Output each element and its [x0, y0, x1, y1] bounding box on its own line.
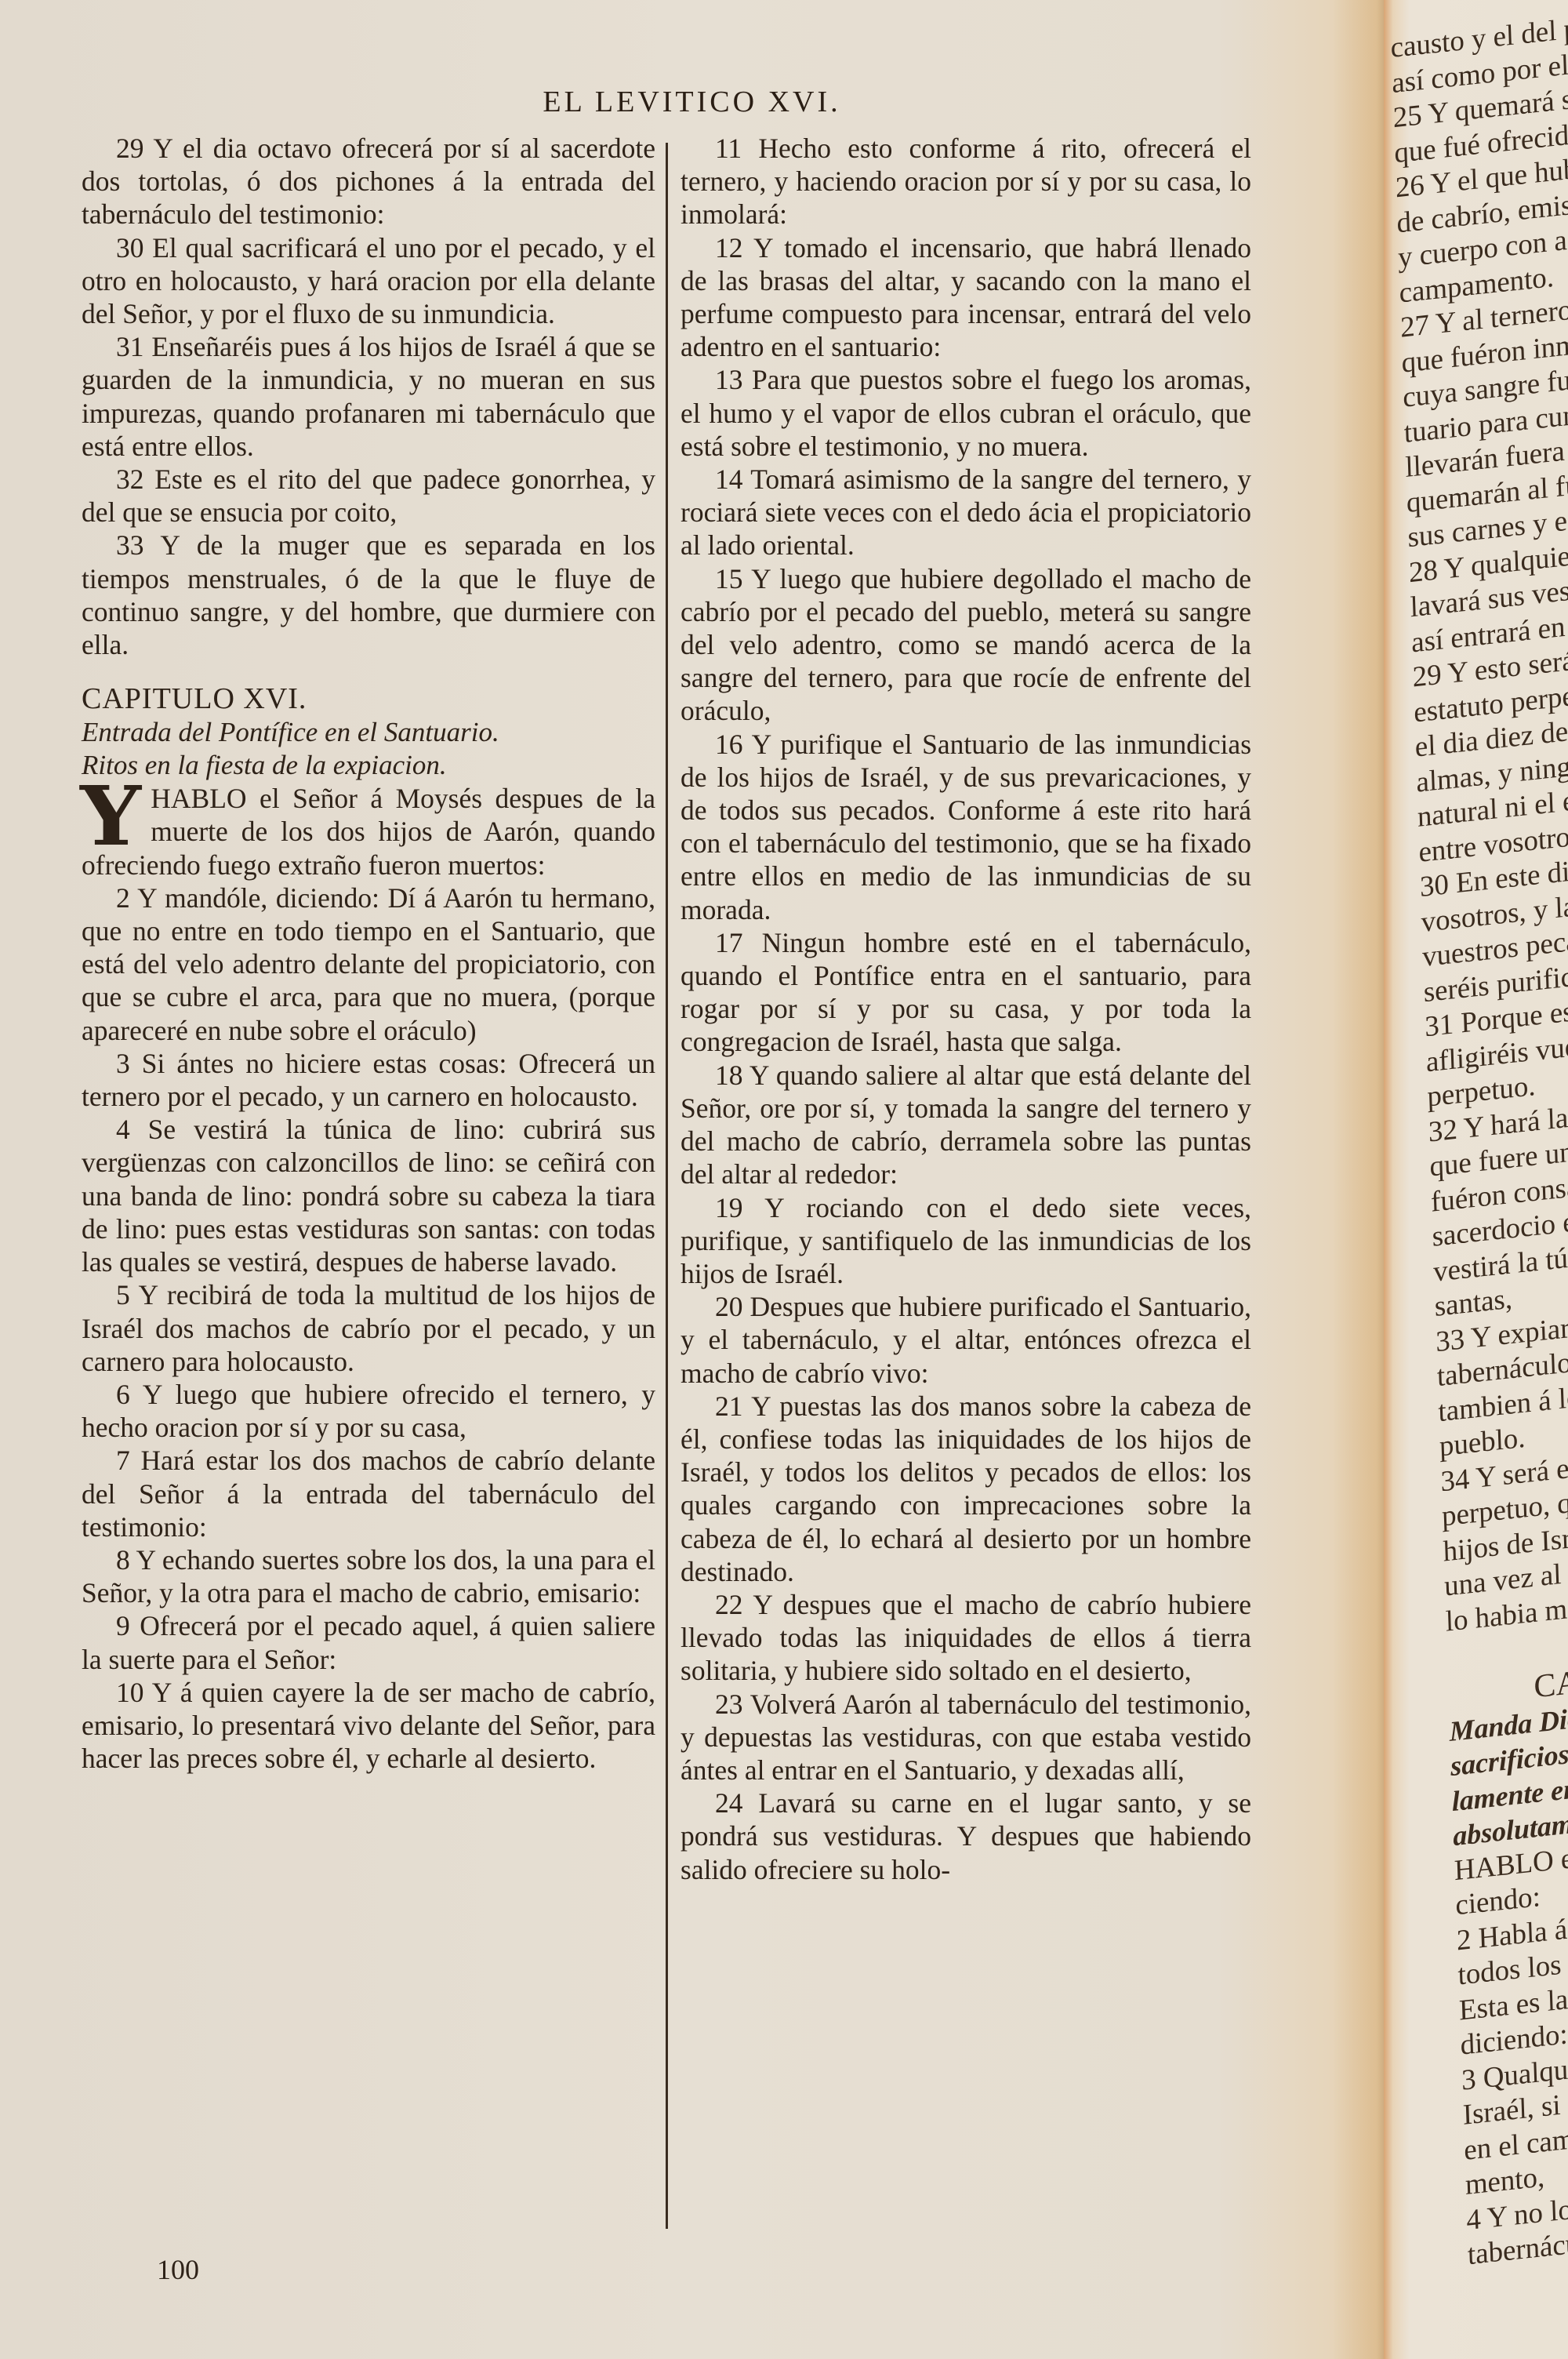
verse-number: 10 — [116, 1677, 144, 1708]
page-gutter-shadow — [1333, 0, 1388, 2359]
verse-number: 2 — [116, 882, 130, 914]
verse-text: Tomará asimismo de la sangre del ternero… — [681, 463, 1251, 561]
verse-number: 33 — [116, 529, 144, 561]
verse-number: 3 — [116, 1048, 130, 1079]
right-page-text: causto y el del pueblo, roasí como por e… — [1390, 0, 1568, 2274]
verse: 10 Y á quien cayere la de ser macho de c… — [82, 1676, 655, 1776]
verse-text: Y purifique el Santuario de las inmundic… — [681, 729, 1251, 925]
verse-number: 32 — [116, 463, 144, 495]
left-page: EL LEVITICO XVI. 29 Y el dia octavo ofre… — [0, 0, 1384, 2359]
right-chapter-verses: HABLO el Señciendo:2 Habla á Aarón, ytod… — [1454, 1797, 1568, 2274]
verse-number: 11 — [715, 133, 742, 164]
verse-text: Para que puestos sobre el fuego los arom… — [681, 364, 1251, 461]
verse: 19 Y rociando con el dedo siete veces, p… — [681, 1191, 1251, 1291]
verse-number: 19 — [715, 1192, 743, 1223]
verse-number: 29 — [116, 133, 144, 164]
verse-text: Enseñaréis pues á los hijos de Israél á … — [82, 331, 655, 462]
middle-column: 11 Hecho esto conforme á rito, ofrecerá … — [681, 132, 1251, 1886]
right-page-partial: causto y el del pueblo, roasí como por e… — [1384, 0, 1568, 2359]
verse: 18 Y quando saliere al altar que está de… — [681, 1059, 1251, 1191]
chapter-title: CAPITULO XVI. — [82, 682, 655, 716]
verse: 16 Y purifique el Santuario de las inmun… — [681, 728, 1251, 926]
verse: 32 Este es el rito del que padece gonorr… — [82, 463, 655, 529]
verse-number: 14 — [715, 463, 743, 495]
verse-number: 22 — [715, 1589, 743, 1620]
verse-text: Y de la muger que es separada en los tie… — [82, 529, 655, 660]
verse-text: Si ántes no hiciere estas cosas: Ofrecer… — [82, 1048, 655, 1112]
verse-text: Se vestirá la túnica de lino: cubrirá su… — [82, 1114, 655, 1278]
chapter-summary-line-2: Ritos en la fiesta de la expiacion. — [82, 749, 655, 782]
verses-before-chapter: 29 Y el dia octavo ofrecerá por sí al sa… — [82, 132, 655, 661]
verse-number: 9 — [116, 1610, 130, 1641]
verse-number: 16 — [715, 729, 743, 760]
verse-number: 21 — [715, 1390, 743, 1422]
verse-text: Y á quien cayere la de ser macho de cabr… — [82, 1677, 655, 1774]
verse-text: Volverá Aarón al tabernáculo del testimo… — [681, 1688, 1251, 1786]
verse: 5 Y recibirá de toda la multitud de los … — [82, 1278, 655, 1378]
verse: 21 Y puestas las dos manos sobre la cabe… — [681, 1390, 1251, 1588]
verse: 12 Y tomado el incensario, que habrá lle… — [681, 231, 1251, 364]
verse-number: 15 — [715, 563, 743, 594]
verse-text: Y mandóle, diciendo: Dí á Aarón tu herma… — [82, 882, 655, 1046]
verse: 6 Y luego que hubiere ofrecido el terner… — [82, 1378, 655, 1444]
left-column: 29 Y el dia octavo ofrecerá por sí al sa… — [82, 132, 655, 1775]
verse: 23 Volverá Aarón al tabernáculo del test… — [681, 1688, 1251, 1787]
verse-number: 31 — [116, 331, 144, 362]
verse: 33 Y de la muger que es separada en los … — [82, 529, 655, 661]
verse-text: Y despues que el macho de cabrío hubiere… — [681, 1589, 1251, 1686]
verse: 9 Ofrecerá por el pecado aquel, á quien … — [82, 1609, 655, 1675]
verse-text: Este es el rito del que padece gonorrhea… — [82, 463, 655, 528]
verse-text: Y puestas las dos manos sobre la cabeza … — [681, 1390, 1251, 1587]
verse: 17 Ningun hombre esté en el tabernáculo,… — [681, 926, 1251, 1059]
verse-text: Y luego que hubiere degollado el macho d… — [681, 563, 1251, 727]
verse-text: Y recibirá de toda la multitud de los hi… — [82, 1279, 655, 1376]
verse: 15 Y luego que hubiere degollado el mach… — [681, 562, 1251, 728]
verse: 30 El qual sacrificará el uno por el pec… — [82, 231, 655, 331]
verse: 11 Hecho esto conforme á rito, ofrecerá … — [681, 132, 1251, 231]
verses-after-chapter: 2 Y mandóle, diciendo: Dí á Aarón tu her… — [82, 881, 655, 1775]
verse-number: 30 — [116, 232, 144, 264]
chapter-opening: YHABLO el Señor á Moysés despues de la m… — [82, 782, 655, 881]
verse-number: 17 — [715, 927, 743, 958]
verse-number: 18 — [715, 1060, 743, 1091]
verse-text: Y tomado el incensario, que habrá llenad… — [681, 232, 1251, 363]
verse: 29 Y el dia octavo ofrecerá por sí al sa… — [82, 132, 655, 231]
verse-text: El qual sacrificará el uno por el pecado… — [82, 232, 655, 329]
verse-number: 12 — [715, 232, 743, 264]
verse-number: 8 — [116, 1544, 130, 1576]
verse: 8 Y echando suertes sobre los dos, la un… — [82, 1543, 655, 1609]
verse-text: Y quando saliere al altar que está delan… — [681, 1060, 1251, 1190]
verse-text: Y el dia octavo ofrecerá por sí al sacer… — [82, 133, 655, 230]
verse-text: Hará estar los dos machos de cabrío dela… — [82, 1445, 655, 1542]
middle-verses: 11 Hecho esto conforme á rito, ofrecerá … — [681, 132, 1251, 1886]
verse-text: Y rociando con el dedo siete veces, puri… — [681, 1192, 1251, 1289]
verse-text: Lavará su carne en el lugar santo, y se … — [681, 1787, 1251, 1885]
verse: 31 Enseñaréis pues á los hijos de Israél… — [82, 330, 655, 463]
chapter-summary-line-1: Entrada del Pontífice en el Santuario. — [82, 716, 655, 749]
verse: 20 Despues que hubiere purificado el San… — [681, 1290, 1251, 1390]
verse-text: Hecho esto conforme á rito, ofrecerá el … — [681, 133, 1251, 230]
verse-text: Ofrecerá por el pecado aquel, á quien sa… — [82, 1610, 655, 1674]
verse: 4 Se vestirá la túnica de lino: cubrirá … — [82, 1113, 655, 1278]
verse-number: 23 — [715, 1688, 743, 1720]
running-head: EL LEVITICO XVI. — [0, 85, 1384, 119]
verse-number: 20 — [715, 1291, 743, 1322]
verse: 24 Lavará su carne en el lugar santo, y … — [681, 1787, 1251, 1886]
verse: 7 Hará estar los dos machos de cabrío de… — [82, 1444, 655, 1543]
verse-text: Ningun hombre esté en el tabernáculo, qu… — [681, 927, 1251, 1058]
verse-text: Y luego que hubiere ofrecido el ternero,… — [82, 1379, 655, 1443]
verse: 2 Y mandóle, diciendo: Dí á Aarón tu her… — [82, 881, 655, 1047]
verse-number: 7 — [116, 1445, 130, 1476]
right-page-verse-lines: causto y el del pueblo, roasí como por e… — [1390, 0, 1568, 1640]
verse: 13 Para que puestos sobre el fuego los a… — [681, 363, 1251, 463]
verse-number: 6 — [116, 1379, 130, 1410]
verse-text: Despues que hubiere purificado el Santua… — [681, 1291, 1251, 1388]
verse: 22 Y despues que el macho de cabrío hubi… — [681, 1588, 1251, 1688]
page-number: 100 — [157, 2253, 199, 2286]
dropcap-letter: Y — [80, 785, 141, 848]
verse: 3 Si ántes no hiciere estas cosas: Ofrec… — [82, 1047, 655, 1113]
verse-number: 24 — [715, 1787, 743, 1819]
verse-text: Y echando suertes sobre los dos, la una … — [82, 1544, 655, 1608]
verse-number: 5 — [116, 1279, 130, 1310]
column-divider-rule — [666, 143, 668, 2229]
verse-number: 4 — [116, 1114, 130, 1145]
opening-text: HABLO el Señor á Moysés despues de la mu… — [82, 783, 655, 880]
verse-number: 13 — [715, 364, 743, 395]
verse: 14 Tomará asimismo de la sangre del tern… — [681, 463, 1251, 562]
